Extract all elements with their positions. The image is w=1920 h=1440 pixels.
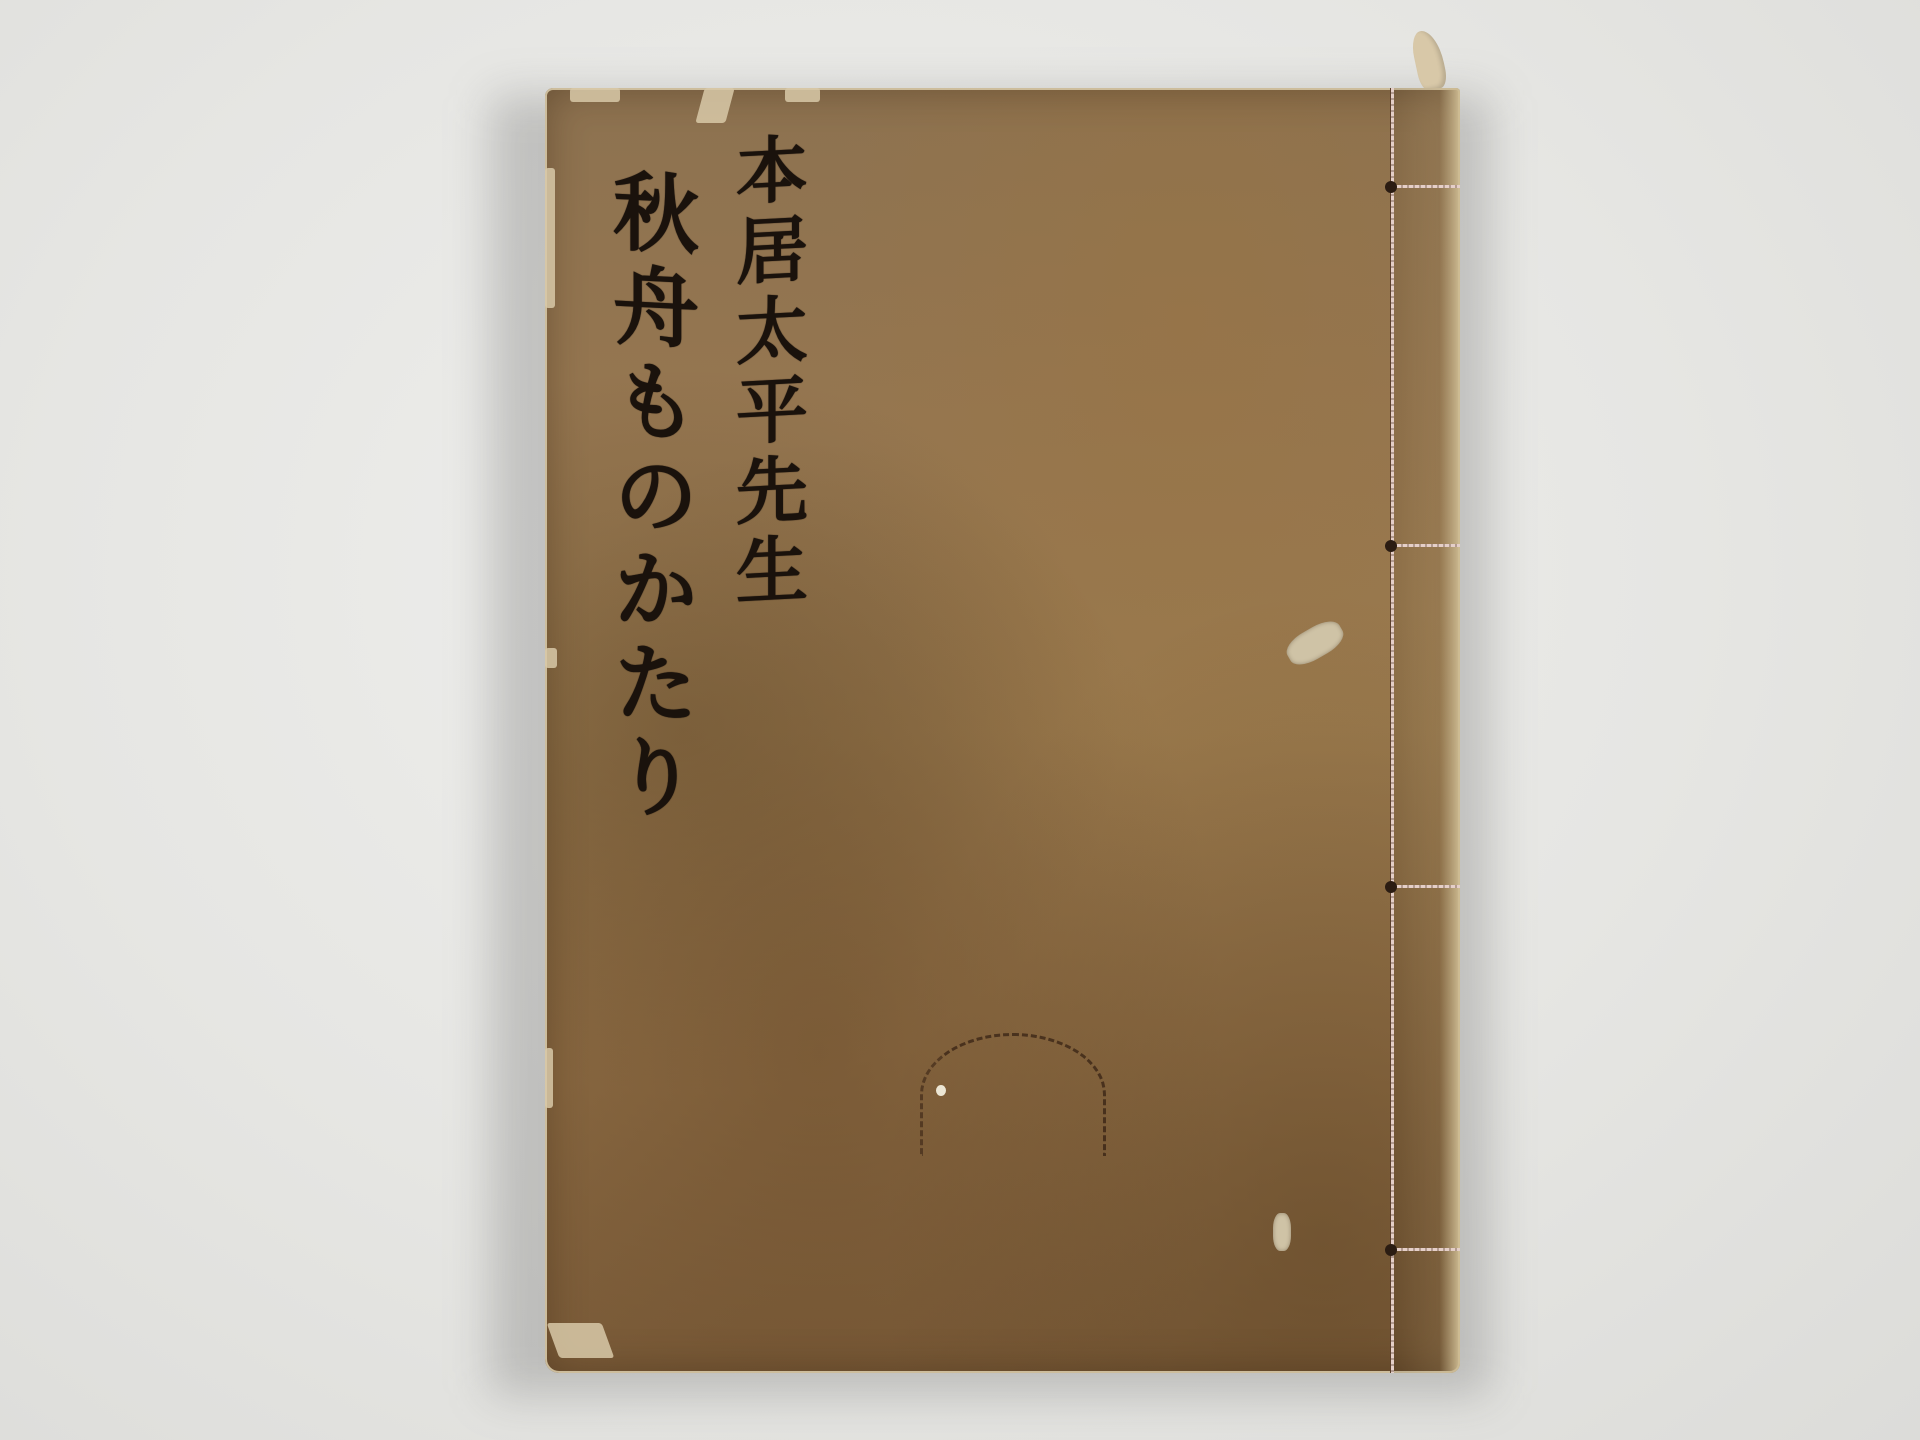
- worn-edge-left-3: [545, 1048, 553, 1108]
- worn-edge-top-3: [785, 88, 820, 102]
- stitch-hole-2: [1385, 540, 1397, 552]
- binding-stitch-4: [1391, 1248, 1460, 1251]
- book-cover: 本居太平先生 秋舟ものかたり: [545, 88, 1460, 1373]
- photo-scene: 本居太平先生 秋舟ものかたり: [0, 0, 1920, 1440]
- worn-edge-left-1: [545, 168, 555, 308]
- binding-stitch-1: [1391, 185, 1460, 188]
- tear-mark-small: [1273, 1213, 1291, 1251]
- stain-arc: [920, 1033, 1106, 1156]
- white-speck: [936, 1085, 946, 1096]
- spine-panel: [1392, 88, 1460, 1373]
- stitch-hole-3: [1385, 881, 1397, 893]
- thread-knot: [1409, 28, 1449, 93]
- worn-edge-left-2: [545, 648, 557, 668]
- stitch-hole-4: [1385, 1244, 1397, 1256]
- binding-stitch-3: [1391, 885, 1460, 888]
- binding-stitch-2: [1391, 544, 1460, 547]
- worn-edge-top-1: [570, 88, 620, 102]
- spine-thread: [1391, 88, 1394, 1373]
- stitch-hole-1: [1385, 181, 1397, 193]
- inscription-right-column: 本居太平先生: [730, 131, 802, 615]
- worn-edge-top-2: [695, 88, 734, 123]
- tear-mark-middle: [1282, 615, 1349, 671]
- inscription-left-column: 秋舟ものかたり: [605, 166, 691, 829]
- worn-corner-bottom-left: [547, 1323, 615, 1358]
